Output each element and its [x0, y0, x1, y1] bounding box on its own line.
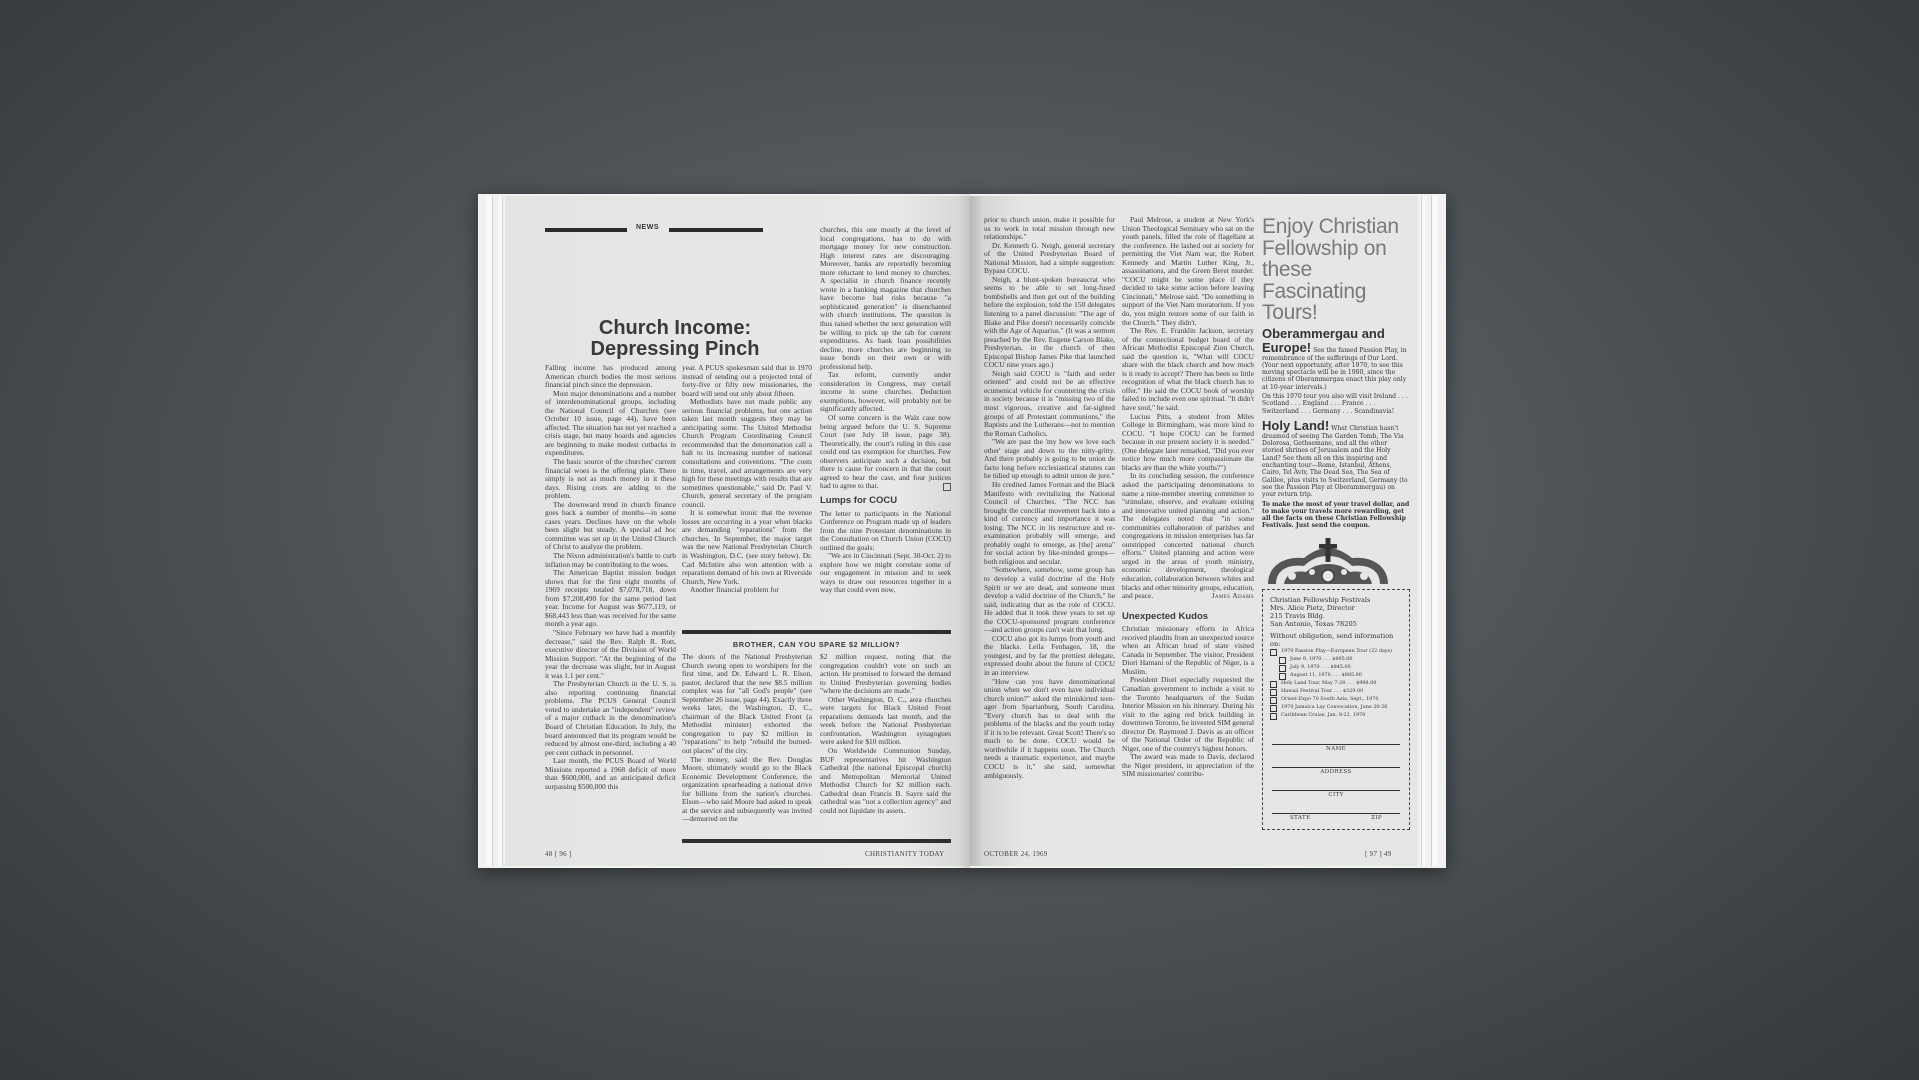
option-orient-expo[interactable]: Orient-Expo 70 South Asia, Sept., 1970 — [1270, 696, 1402, 704]
checkbox-icon[interactable] — [1279, 673, 1286, 680]
end-mark-icon — [943, 483, 951, 491]
left-page: NEWS Church Income: Depressing Pinch Fal… — [505, 196, 973, 866]
checkbox-icon[interactable] — [1270, 705, 1277, 712]
paragraph: On Worldwide Communion Sunday, BUF repre… — [820, 747, 951, 815]
paragraph: Falling income has produced among Americ… — [545, 364, 676, 390]
option-hawaii[interactable]: Hawaii Festival Tour . . . $329.00 — [1270, 688, 1402, 696]
paragraph: Another financial problem for — [682, 586, 812, 595]
paragraph: He credited James Forman and the Black M… — [984, 481, 1115, 566]
paragraph: Of some concern is the Walz case now bei… — [820, 413, 951, 490]
checkbox-icon[interactable] — [1279, 657, 1286, 664]
issue-date: OCTOBER 24, 1969 — [984, 850, 1048, 858]
page-number-left: 48 [ 96 ] — [545, 850, 572, 858]
checkbox-icon[interactable] — [1270, 713, 1277, 720]
oberammergau-itinerary: On this 1970 tour you also will visit Ir… — [1262, 393, 1410, 415]
paragraph: The Presbyterian Church in the U. S. is … — [545, 680, 676, 757]
news-rule-left — [545, 228, 627, 232]
option-june-9[interactable]: June 9, 1970 . . . $895.00 — [1270, 656, 1402, 664]
section-label: NEWS — [636, 224, 659, 231]
headline-line-1: Church Income: — [565, 318, 785, 339]
option-holy-land[interactable]: Holy Land Tour, May 7-28 . . . $998.00 — [1270, 680, 1402, 688]
paragraph: Christian missionary efforts in Africa r… — [1122, 625, 1254, 676]
paragraph: The downward trend in church finance goe… — [545, 501, 676, 552]
state-field[interactable]: STATE — [1290, 815, 1311, 821]
paragraph: Dr. Kenneth G. Neigh, general secretary … — [984, 242, 1115, 276]
headline-line-2: Depressing Pinch — [565, 339, 785, 360]
paragraph: Methodists have not made public any seri… — [682, 398, 812, 509]
article-column-5: Paul Melrose, a student at New York's Un… — [1122, 216, 1254, 779]
checkbox-icon[interactable] — [1270, 689, 1277, 696]
right-page: prior to church union, make it possible … — [970, 196, 1418, 866]
magazine-name: CHRISTIANITY TODAY — [865, 850, 945, 858]
name-field[interactable]: NAME — [1272, 744, 1400, 752]
checkbox-icon[interactable] — [1270, 697, 1277, 704]
box-column-1: The doors of the National Presbyterian C… — [682, 653, 812, 824]
box-bottom-rule — [682, 839, 951, 843]
paragraph: Neigh said COCU is "faith and order orie… — [984, 370, 1115, 438]
cross-ornament-icon — [1264, 536, 1392, 584]
paragraph: The Nixon administration's battle to cur… — [545, 552, 676, 569]
city-field[interactable]: CITY — [1272, 790, 1400, 798]
paragraph: prior to church union, make it possible … — [984, 216, 1115, 242]
open-magazine-spread: NEWS Church Income: Depressing Pinch Fal… — [478, 192, 1446, 870]
news-rule-right — [669, 228, 763, 232]
checkbox-icon[interactable] — [1270, 681, 1277, 688]
paragraph: Other Washington, D. C., area churches w… — [820, 696, 951, 747]
sidebar-box-title: BROTHER, CAN YOU SPARE $2 MILLION? — [682, 640, 951, 649]
holy-land-heading: Holy Land! — [1262, 418, 1329, 433]
article-column-2: year. A PCUS spokesman said that in 1970… — [682, 364, 812, 595]
address-line: Mrs. Alice Pietz, Director — [1270, 604, 1402, 612]
article-column-4: prior to church union, make it possible … — [984, 216, 1115, 780]
paragraph: Tax reform, currently under consideratio… — [820, 371, 951, 414]
paragraph: The basic source of the churches' curren… — [545, 458, 676, 501]
paragraph: $2 million request, noting that the cong… — [820, 653, 951, 696]
option-caribbean[interactable]: Caribbean Cruise, Jan. 9-22, 1970 — [1270, 712, 1402, 720]
address-line: San Antonio, Texas 78205 — [1270, 620, 1402, 628]
paragraph: In its concluding session, the conferenc… — [1122, 471, 1254, 600]
paragraph: COCU also got its lumps from youth and t… — [984, 635, 1115, 678]
state-zip-fields[interactable]: STATE ZIP — [1272, 813, 1400, 821]
address-field[interactable]: ADDRESS — [1272, 767, 1400, 775]
byline: James Adams — [1204, 592, 1254, 601]
option-august-11[interactable]: August 11, 1970 . . . $885.00 — [1270, 672, 1402, 680]
option-passion-play[interactable]: 1970 Passion Play—European Tour (22 days… — [1270, 648, 1402, 656]
paragraph: The money, said the Rev. Douglas Moore, … — [682, 756, 812, 824]
holy-land-text: What Christian hasn't dreamed of seeing … — [1262, 425, 1408, 498]
ad-holy-land: Holy Land! What Christian hasn't dreamed… — [1262, 419, 1410, 499]
address-line: 215 Travis Bldg. — [1270, 612, 1402, 620]
option-july-9[interactable]: July 9, 1970 . . . $845.00 — [1270, 664, 1402, 672]
coupon-intro: Without obligation, send information on: — [1270, 632, 1402, 648]
paragraph: "We are past the 'my how we love each ot… — [984, 438, 1115, 481]
kudos-heading: Unexpected Kudos — [1122, 613, 1254, 622]
paragraph: The letter to participants in the Nation… — [820, 510, 951, 553]
paragraph: "How can you have denominational union w… — [984, 678, 1115, 781]
ad-call-to-action: To make the most of your travel dollar, … — [1262, 501, 1410, 530]
paragraph: The doors of the National Presbyterian C… — [682, 653, 812, 756]
paragraph: The Rev. E. Franklin Jackson, secretary … — [1122, 327, 1254, 412]
zip-field[interactable]: ZIP — [1371, 815, 1382, 821]
paragraph: "Somewhere, somehow, some group has to d… — [984, 566, 1115, 634]
paragraph: Last month, the PCUS Board of World Miss… — [545, 757, 676, 791]
box-column-2: $2 million request, noting that the cong… — [820, 653, 951, 815]
paragraph: The American Baptist mission budget show… — [545, 569, 676, 629]
paragraph: Paul Melrose, a student at New York's Un… — [1122, 216, 1254, 327]
ad-title: Enjoy Christian Fellowship on these Fasc… — [1262, 216, 1410, 324]
article-column-3: churches, this one mostly at the level o… — [820, 226, 951, 595]
coupon-address: Christian Fellowship Festivals Mrs. Alic… — [1270, 596, 1402, 628]
cocu-heading: Lumps for COCU — [820, 497, 951, 506]
paragraph: Most major denominations and a number of… — [545, 390, 676, 458]
option-jamaica[interactable]: 1970 Jamaica Lay Convocation, June 20-26 — [1270, 704, 1402, 712]
tour-advertisement: Enjoy Christian Fellowship on these Fasc… — [1262, 216, 1410, 856]
checkbox-icon[interactable] — [1270, 649, 1277, 656]
paragraph: "We are in Cincinnati (Sept. 30-Oct. 2) … — [820, 552, 951, 595]
address-line: Christian Fellowship Festivals — [1270, 596, 1402, 604]
checkbox-icon[interactable] — [1279, 665, 1286, 672]
paragraph: The award was made to Davis, declared th… — [1122, 753, 1254, 779]
order-coupon[interactable]: Christian Fellowship Festivals Mrs. Alic… — [1262, 589, 1410, 830]
article-column-1: Falling income has produced among Americ… — [545, 364, 676, 791]
paragraph: "Since February we have had a monthly de… — [545, 629, 676, 680]
paragraph: year. A PCUS spokesman said that in 1970… — [682, 364, 812, 398]
ad-oberammergau: Oberammergau and Europe! See the famed P… — [1262, 327, 1410, 391]
paragraph: Neigh, a blunt-spoken bureaucrat who see… — [984, 276, 1115, 370]
box-top-rule — [682, 630, 951, 634]
paragraph: It is somewhat ironic that the revenue l… — [682, 509, 812, 586]
paragraph: Lucius Pitts, a student from Miles Colle… — [1122, 413, 1254, 473]
paragraph: churches, this one mostly at the level o… — [820, 226, 951, 371]
article-headline: Church Income: Depressing Pinch — [565, 318, 785, 360]
paragraph: President Diori especially requested the… — [1122, 676, 1254, 753]
